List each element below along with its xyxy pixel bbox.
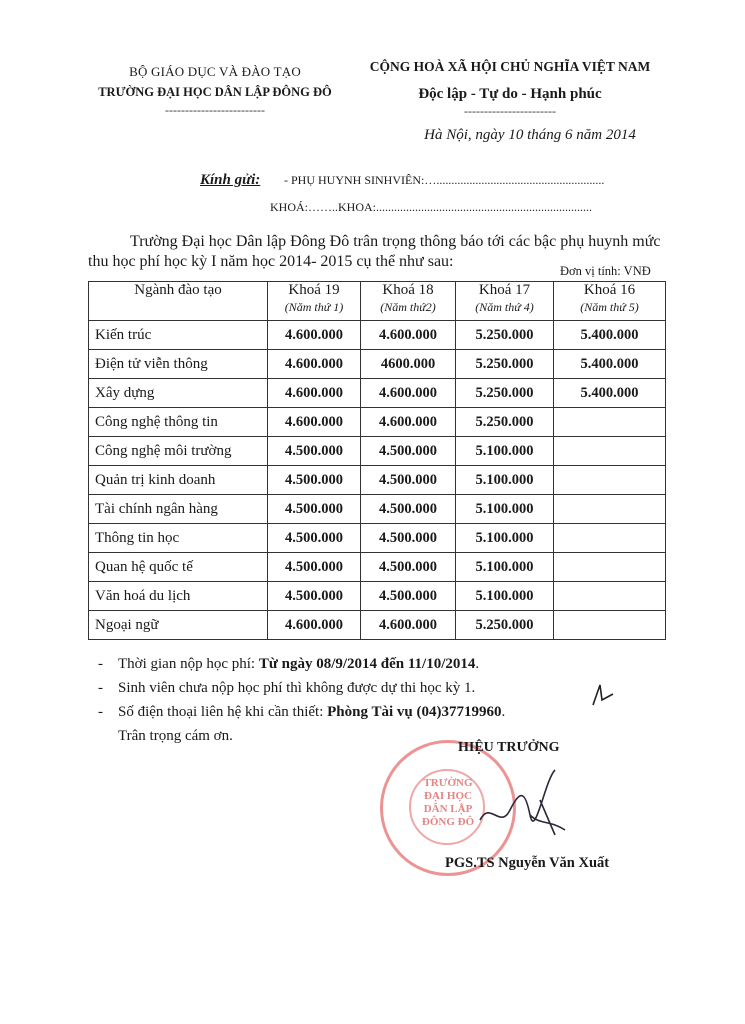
program-name-cell: Tài chính ngân hàng [89, 495, 268, 524]
khoa-line: KHOÁ:……..KHOA:..........................… [270, 200, 592, 215]
fee-cell [554, 466, 666, 495]
tuition-table: Ngành đào tạoKhoá 19(Năm thứ 1)Khoá 18(N… [88, 281, 666, 640]
table-row: Điện tử viễn thông4.600.0004600.0005.250… [89, 350, 666, 379]
fee-cell: 5.250.000 [456, 379, 554, 408]
fee-cell: 4.600.000 [361, 611, 456, 640]
column-header: Khoá 17(Năm thứ 4) [456, 282, 554, 321]
initial-mark [588, 680, 618, 710]
table-row: Kiến trúc4.600.0004.600.0005.250.0005.40… [89, 321, 666, 350]
table-row: Quan hệ quốc tế4.500.0004.500.0005.100.0… [89, 553, 666, 582]
table-row: Quản trị kinh doanh4.500.0004.500.0005.1… [89, 466, 666, 495]
column-subtitle: (Năm thứ 5) [554, 299, 665, 316]
column-title: Khoá 16 [554, 282, 665, 299]
fee-cell: 4600.000 [361, 350, 456, 379]
national-motto: Độc lập - Tự do - Hạnh phúc [345, 82, 675, 106]
place-date: Hà Nội, ngày 10 tháng 6 năm 2014 [345, 122, 675, 148]
column-subtitle: (Năm thứ 4) [456, 299, 553, 316]
fee-cell: 4.600.000 [268, 408, 361, 437]
fee-cell: 4.500.000 [361, 582, 456, 611]
column-title: Khoá 19 [268, 282, 360, 299]
fee-cell: 4.500.000 [268, 553, 361, 582]
fee-cell: 4.600.000 [268, 350, 361, 379]
note-text: Sinh viên chưa nộp học phí thì không đượ… [118, 680, 475, 696]
program-name-cell: Kiến trúc [89, 321, 268, 350]
fee-cell: 4.500.000 [268, 582, 361, 611]
recipient-label: Kính gửi: [200, 172, 260, 188]
program-name-cell: Ngoại ngữ [89, 611, 268, 640]
note-item: Thời gian nộp học phí: Từ ngày 08/9/2014… [118, 652, 505, 676]
fee-cell: 4.500.000 [268, 524, 361, 553]
fee-cell [554, 408, 666, 437]
fee-cell: 5.250.000 [456, 350, 554, 379]
fee-cell: 4.600.000 [361, 321, 456, 350]
column-title: Khoá 18 [361, 282, 455, 299]
motto-underline: ----------------------- [345, 106, 675, 116]
currency-unit: Đơn vị tính: VNĐ [560, 264, 651, 279]
fee-cell: 5.400.000 [554, 350, 666, 379]
program-name-cell: Điện tử viễn thông [89, 350, 268, 379]
recipient-line: Kính gửi: - PHỤ HUYNH SINHVIÊN:…........… [200, 172, 604, 189]
fee-cell: 4.600.000 [268, 611, 361, 640]
program-name-cell: Quản trị kinh doanh [89, 466, 268, 495]
school-name: TRƯỜNG ĐẠI HỌC DÂN LẬP ĐÔNG ĐÔ [80, 82, 350, 102]
column-subtitle: (Năm thứ2) [361, 299, 455, 316]
table-row: Tài chính ngân hàng4.500.0004.500.0005.1… [89, 495, 666, 524]
fee-cell: 4.500.000 [268, 466, 361, 495]
fee-cell: 5.100.000 [456, 582, 554, 611]
signer-name: PGS.TS Nguyễn Văn Xuất [445, 855, 609, 872]
column-title: Khoá 17 [456, 282, 553, 299]
notes-list: Thời gian nộp học phí: Từ ngày 08/9/2014… [118, 652, 505, 748]
table-header-row: Ngành đào tạoKhoá 19(Năm thứ 1)Khoá 18(N… [89, 282, 666, 321]
signer-title: HIỆU TRƯỞNG [458, 740, 560, 756]
fee-cell: 4.500.000 [361, 495, 456, 524]
column-header: Khoá 18(Năm thứ2) [361, 282, 456, 321]
table-row: Ngoại ngữ4.600.0004.600.0005.250.000 [89, 611, 666, 640]
note-text: Số điện thoại liên hệ khi cần thiết: [118, 704, 327, 720]
table-row: Văn hoá du lịch4.500.0004.500.0005.100.0… [89, 582, 666, 611]
fee-cell: 5.250.000 [456, 408, 554, 437]
table-row: Công nghệ thông tin4.600.0004.600.0005.2… [89, 408, 666, 437]
fee-cell: 4.600.000 [268, 379, 361, 408]
fee-cell: 4.500.000 [361, 524, 456, 553]
fee-cell: 5.400.000 [554, 379, 666, 408]
fee-cell [554, 611, 666, 640]
column-title: Ngành đào tạo [89, 282, 267, 299]
program-name-cell: Văn hoá du lịch [89, 582, 268, 611]
program-name-cell: Xây dựng [89, 379, 268, 408]
fee-cell: 5.250.000 [456, 611, 554, 640]
table-body: Kiến trúc4.600.0004.600.0005.250.0005.40… [89, 321, 666, 640]
fee-cell [554, 553, 666, 582]
program-name-cell: Quan hệ quốc tế [89, 553, 268, 582]
fee-cell: 5.100.000 [456, 466, 554, 495]
program-name-cell: Công nghệ môi trường [89, 437, 268, 466]
fee-cell: 5.100.000 [456, 553, 554, 582]
fee-cell: 4.600.000 [361, 379, 456, 408]
fee-cell: 4.600.000 [268, 321, 361, 350]
fee-cell: 4.500.000 [361, 437, 456, 466]
column-header: Ngành đào tạo [89, 282, 268, 321]
left-header: BỘ GIÁO DỤC VÀ ĐÀO TẠO TRƯỜNG ĐẠI HỌC DÂ… [80, 62, 350, 120]
table-row: Thông tin học4.500.0004.500.0005.100.000 [89, 524, 666, 553]
fee-cell: 5.100.000 [456, 437, 554, 466]
fee-cell: 4.500.000 [268, 437, 361, 466]
note-tail: . [475, 656, 479, 672]
recipient-value: - PHỤ HUYNH SINHVIÊN:…..................… [284, 173, 604, 187]
table-row: Xây dựng4.600.0004.600.0005.250.0005.400… [89, 379, 666, 408]
note-item: Số điện thoại liên hệ khi cần thiết: Phò… [118, 700, 505, 724]
note-tail: . [501, 704, 505, 720]
fee-cell: 5.100.000 [456, 524, 554, 553]
fee-cell: 5.250.000 [456, 321, 554, 350]
fee-cell [554, 524, 666, 553]
fee-cell: 4.500.000 [361, 466, 456, 495]
fee-cell: 4.600.000 [361, 408, 456, 437]
column-subtitle: (Năm thứ 1) [268, 299, 360, 316]
header-underline: ------------------------- [80, 100, 350, 120]
program-name-cell: Công nghệ thông tin [89, 408, 268, 437]
note-emphasis: Từ ngày 08/9/2014 đến 11/10/2014 [259, 656, 476, 672]
fee-cell: 4.500.000 [268, 495, 361, 524]
fee-cell [554, 437, 666, 466]
table-row: Công nghệ môi trường4.500.0004.500.0005.… [89, 437, 666, 466]
fee-cell [554, 495, 666, 524]
note-item: Sinh viên chưa nộp học phí thì không đượ… [118, 676, 505, 700]
column-header: Khoá 19(Năm thứ 1) [268, 282, 361, 321]
fee-cell [554, 582, 666, 611]
fee-cell: 5.400.000 [554, 321, 666, 350]
fee-cell: 5.100.000 [456, 495, 554, 524]
fee-cell: 4.500.000 [361, 553, 456, 582]
right-header: CỘNG HOÀ XÃ HỘI CHỦ NGHĨA VIỆT NAM Độc l… [345, 56, 675, 148]
note-text: Thời gian nộp học phí: [118, 656, 259, 672]
note-emphasis: Phòng Tài vụ (04)37719960 [327, 704, 501, 720]
ministry-name: BỘ GIÁO DỤC VÀ ĐÀO TẠO [80, 62, 350, 82]
signature-scribble [470, 760, 580, 840]
column-header: Khoá 16(Năm thứ 5) [554, 282, 666, 321]
country-name: CỘNG HOÀ XÃ HỘI CHỦ NGHĨA VIỆT NAM [345, 56, 675, 78]
program-name-cell: Thông tin học [89, 524, 268, 553]
